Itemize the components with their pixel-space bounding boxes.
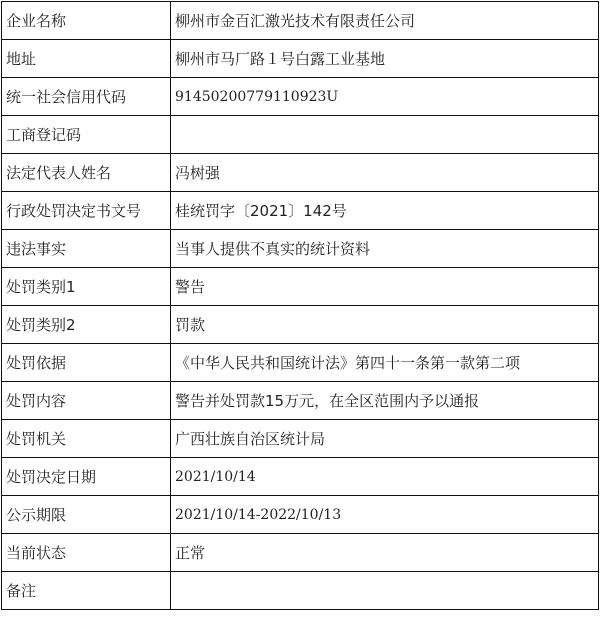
table-row-violation-facts: 违法事实 当事人提供不真实的统计资料 [2,230,599,268]
label-legal-representative: 法定代表人姓名 [2,154,171,192]
label-company-name: 企业名称 [2,2,171,40]
label-registration-code: 工商登记码 [2,116,171,154]
value-violation-facts: 当事人提供不真实的统计资料 [171,230,599,268]
value-penalty-type-2: 罚款 [171,306,599,344]
table-row-credit-code: 统一社会信用代码 91450200779110923U [2,78,599,116]
table-row-address: 地址 柳州市马厂路１号白露工业基地 [2,40,599,78]
value-penalty-basis: 《中华人民共和国统计法》第四十一条第一款第二项 [171,344,599,382]
table-row-legal-representative: 法定代表人姓名 冯树强 [2,154,599,192]
value-company-name: 柳州市金百汇激光技术有限责任公司 [171,2,599,40]
label-decision-number: 行政处罚决定书文号 [2,192,171,230]
table-row-penalty-type-2: 处罚类别2 罚款 [2,306,599,344]
label-decision-date: 处罚决定日期 [2,458,171,496]
table-row-current-status: 当前状态 正常 [2,534,599,572]
value-penalty-authority: 广西壮族自治区统计局 [171,420,599,458]
value-current-status: 正常 [171,534,599,572]
table-row-penalty-content: 处罚内容 警告并处罚款15万元，在全区范围内予以通报 [2,382,599,420]
table-row-penalty-type-1: 处罚类别1 警告 [2,268,599,306]
label-address: 地址 [2,40,171,78]
label-penalty-basis: 处罚依据 [2,344,171,382]
table-row-penalty-authority: 处罚机关 广西壮族自治区统计局 [2,420,599,458]
value-remarks [171,572,599,610]
value-registration-code [171,116,599,154]
label-violation-facts: 违法事实 [2,230,171,268]
value-penalty-type-1: 警告 [171,268,599,306]
label-publicity-period: 公示期限 [2,496,171,534]
label-remarks: 备注 [2,572,171,610]
table-row-decision-number: 行政处罚决定书文号 桂统罚字〔2021〕142号 [2,192,599,230]
value-decision-number: 桂统罚字〔2021〕142号 [171,192,599,230]
value-legal-representative: 冯树强 [171,154,599,192]
table-row-publicity-period: 公示期限 2021/10/14-2022/10/13 [2,496,599,534]
value-credit-code: 91450200779110923U [171,78,599,116]
value-publicity-period: 2021/10/14-2022/10/13 [171,496,599,534]
label-current-status: 当前状态 [2,534,171,572]
value-penalty-content: 警告并处罚款15万元，在全区范围内予以通报 [171,382,599,420]
label-penalty-content: 处罚内容 [2,382,171,420]
table-row-registration-code: 工商登记码 [2,116,599,154]
table-row-decision-date: 处罚决定日期 2021/10/14 [2,458,599,496]
label-penalty-type-1: 处罚类别1 [2,268,171,306]
value-decision-date: 2021/10/14 [171,458,599,496]
value-address: 柳州市马厂路１号白露工业基地 [171,40,599,78]
table-row-penalty-basis: 处罚依据 《中华人民共和国统计法》第四十一条第一款第二项 [2,344,599,382]
label-penalty-authority: 处罚机关 [2,420,171,458]
penalty-info-table: 企业名称 柳州市金百汇激光技术有限责任公司 地址 柳州市马厂路１号白露工业基地 … [1,1,599,610]
table-row-company-name: 企业名称 柳州市金百汇激光技术有限责任公司 [2,2,599,40]
table-row-remarks: 备注 [2,572,599,610]
label-credit-code: 统一社会信用代码 [2,78,171,116]
label-penalty-type-2: 处罚类别2 [2,306,171,344]
